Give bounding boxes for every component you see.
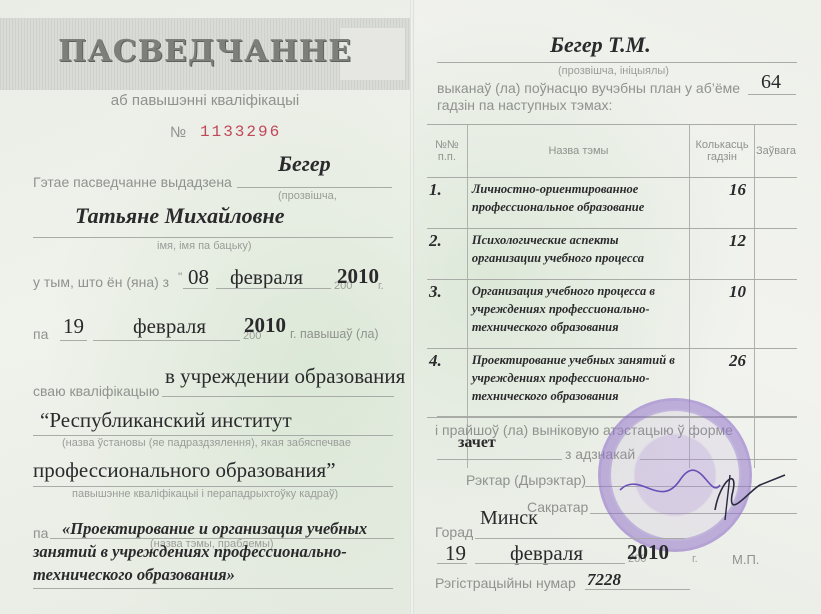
topic-line1: «Проектирование и организация учебных <box>62 519 367 539</box>
attestation-value: зачет <box>458 434 496 452</box>
number-label: № <box>170 124 186 141</box>
document-title: ПАСВЕДЧАННЕ <box>0 34 410 69</box>
surname-hint: (прозвішча, <box>278 190 337 202</box>
seal-label: М.П. <box>732 552 759 567</box>
from-year: 2010 <box>337 264 379 289</box>
to-month: февраля <box>133 314 206 339</box>
to-day: 19 <box>63 314 84 339</box>
institution-line3: профессионального образования” <box>33 458 336 483</box>
surname: Бегер <box>278 151 331 177</box>
institution-line2: “Республиканский институт <box>40 408 292 433</box>
holder-name: Бегер Т.М. <box>550 32 651 58</box>
city-value: Минск <box>480 507 538 530</box>
col-hours: Колькасць гадзін <box>690 125 755 178</box>
signature-icon <box>600 450 790 530</box>
topic-line3: технического образования» <box>33 565 235 585</box>
document-subtitle: аб павышэнні кваліфікацыі <box>0 92 410 109</box>
page-fold <box>410 0 414 614</box>
from-day: 08 <box>188 265 209 290</box>
institution-hint1: (назва ўстановы (яе падраздзялення), яка… <box>62 437 351 449</box>
to-year: 2010 <box>244 313 286 338</box>
period-to-label: па <box>33 326 48 342</box>
topic-line2: занятий в учреждениях профессионально- <box>33 542 347 562</box>
institution-line1: в учреждении образования <box>165 364 405 389</box>
table-row: 3. Организация учебного процесса в учреж… <box>427 280 797 349</box>
qualification-label: сваю кваліфікацыю <box>33 383 159 399</box>
given-names-hint: імя, імя па бацьку) <box>157 240 252 252</box>
city-label: Горад <box>435 524 473 540</box>
reg-label: Рэгістрацыйны нумар <box>435 575 576 591</box>
table-row: 2. Психологические аспекты организации у… <box>427 229 797 280</box>
period-from-label: у тым, што ён (яна) з <box>33 274 169 290</box>
to-suffix: г. павышаў (ла) <box>290 327 379 341</box>
given-names: Татьяне Михайловне <box>75 203 284 229</box>
table-row: 4. Проектирование учебных занятий в учре… <box>427 349 797 418</box>
certificate-number: 1133296 <box>200 123 281 141</box>
plan-label: выканаў (ла) поўнасцю вучэбны план у аб’… <box>437 80 740 96</box>
col-note: Заўвага <box>755 125 798 178</box>
col-topic: Назва тэмы <box>467 125 689 178</box>
reg-number: 7228 <box>587 570 621 590</box>
from-month: февраля <box>230 265 303 290</box>
institution-hint2: павышэнне кваліфікацыі і перападрыхтоўку… <box>72 488 338 500</box>
rector-label: Рэктар (Дырэктар) <box>466 472 586 488</box>
topic-label: па <box>33 525 48 541</box>
table-row: 1. Личностно-ориентированное профессиона… <box>427 178 797 229</box>
issue-year: 2010 <box>627 540 669 565</box>
issued-to-label: Гэтае пасведчанне выдадзена <box>33 174 232 190</box>
plan-label2: гадзін па наступных тэмах: <box>437 97 612 113</box>
total-hours: 64 <box>761 71 781 94</box>
holder-hint: (прозвішча, ініцыялы) <box>558 65 669 77</box>
col-number: №№ п.п. <box>427 125 467 178</box>
